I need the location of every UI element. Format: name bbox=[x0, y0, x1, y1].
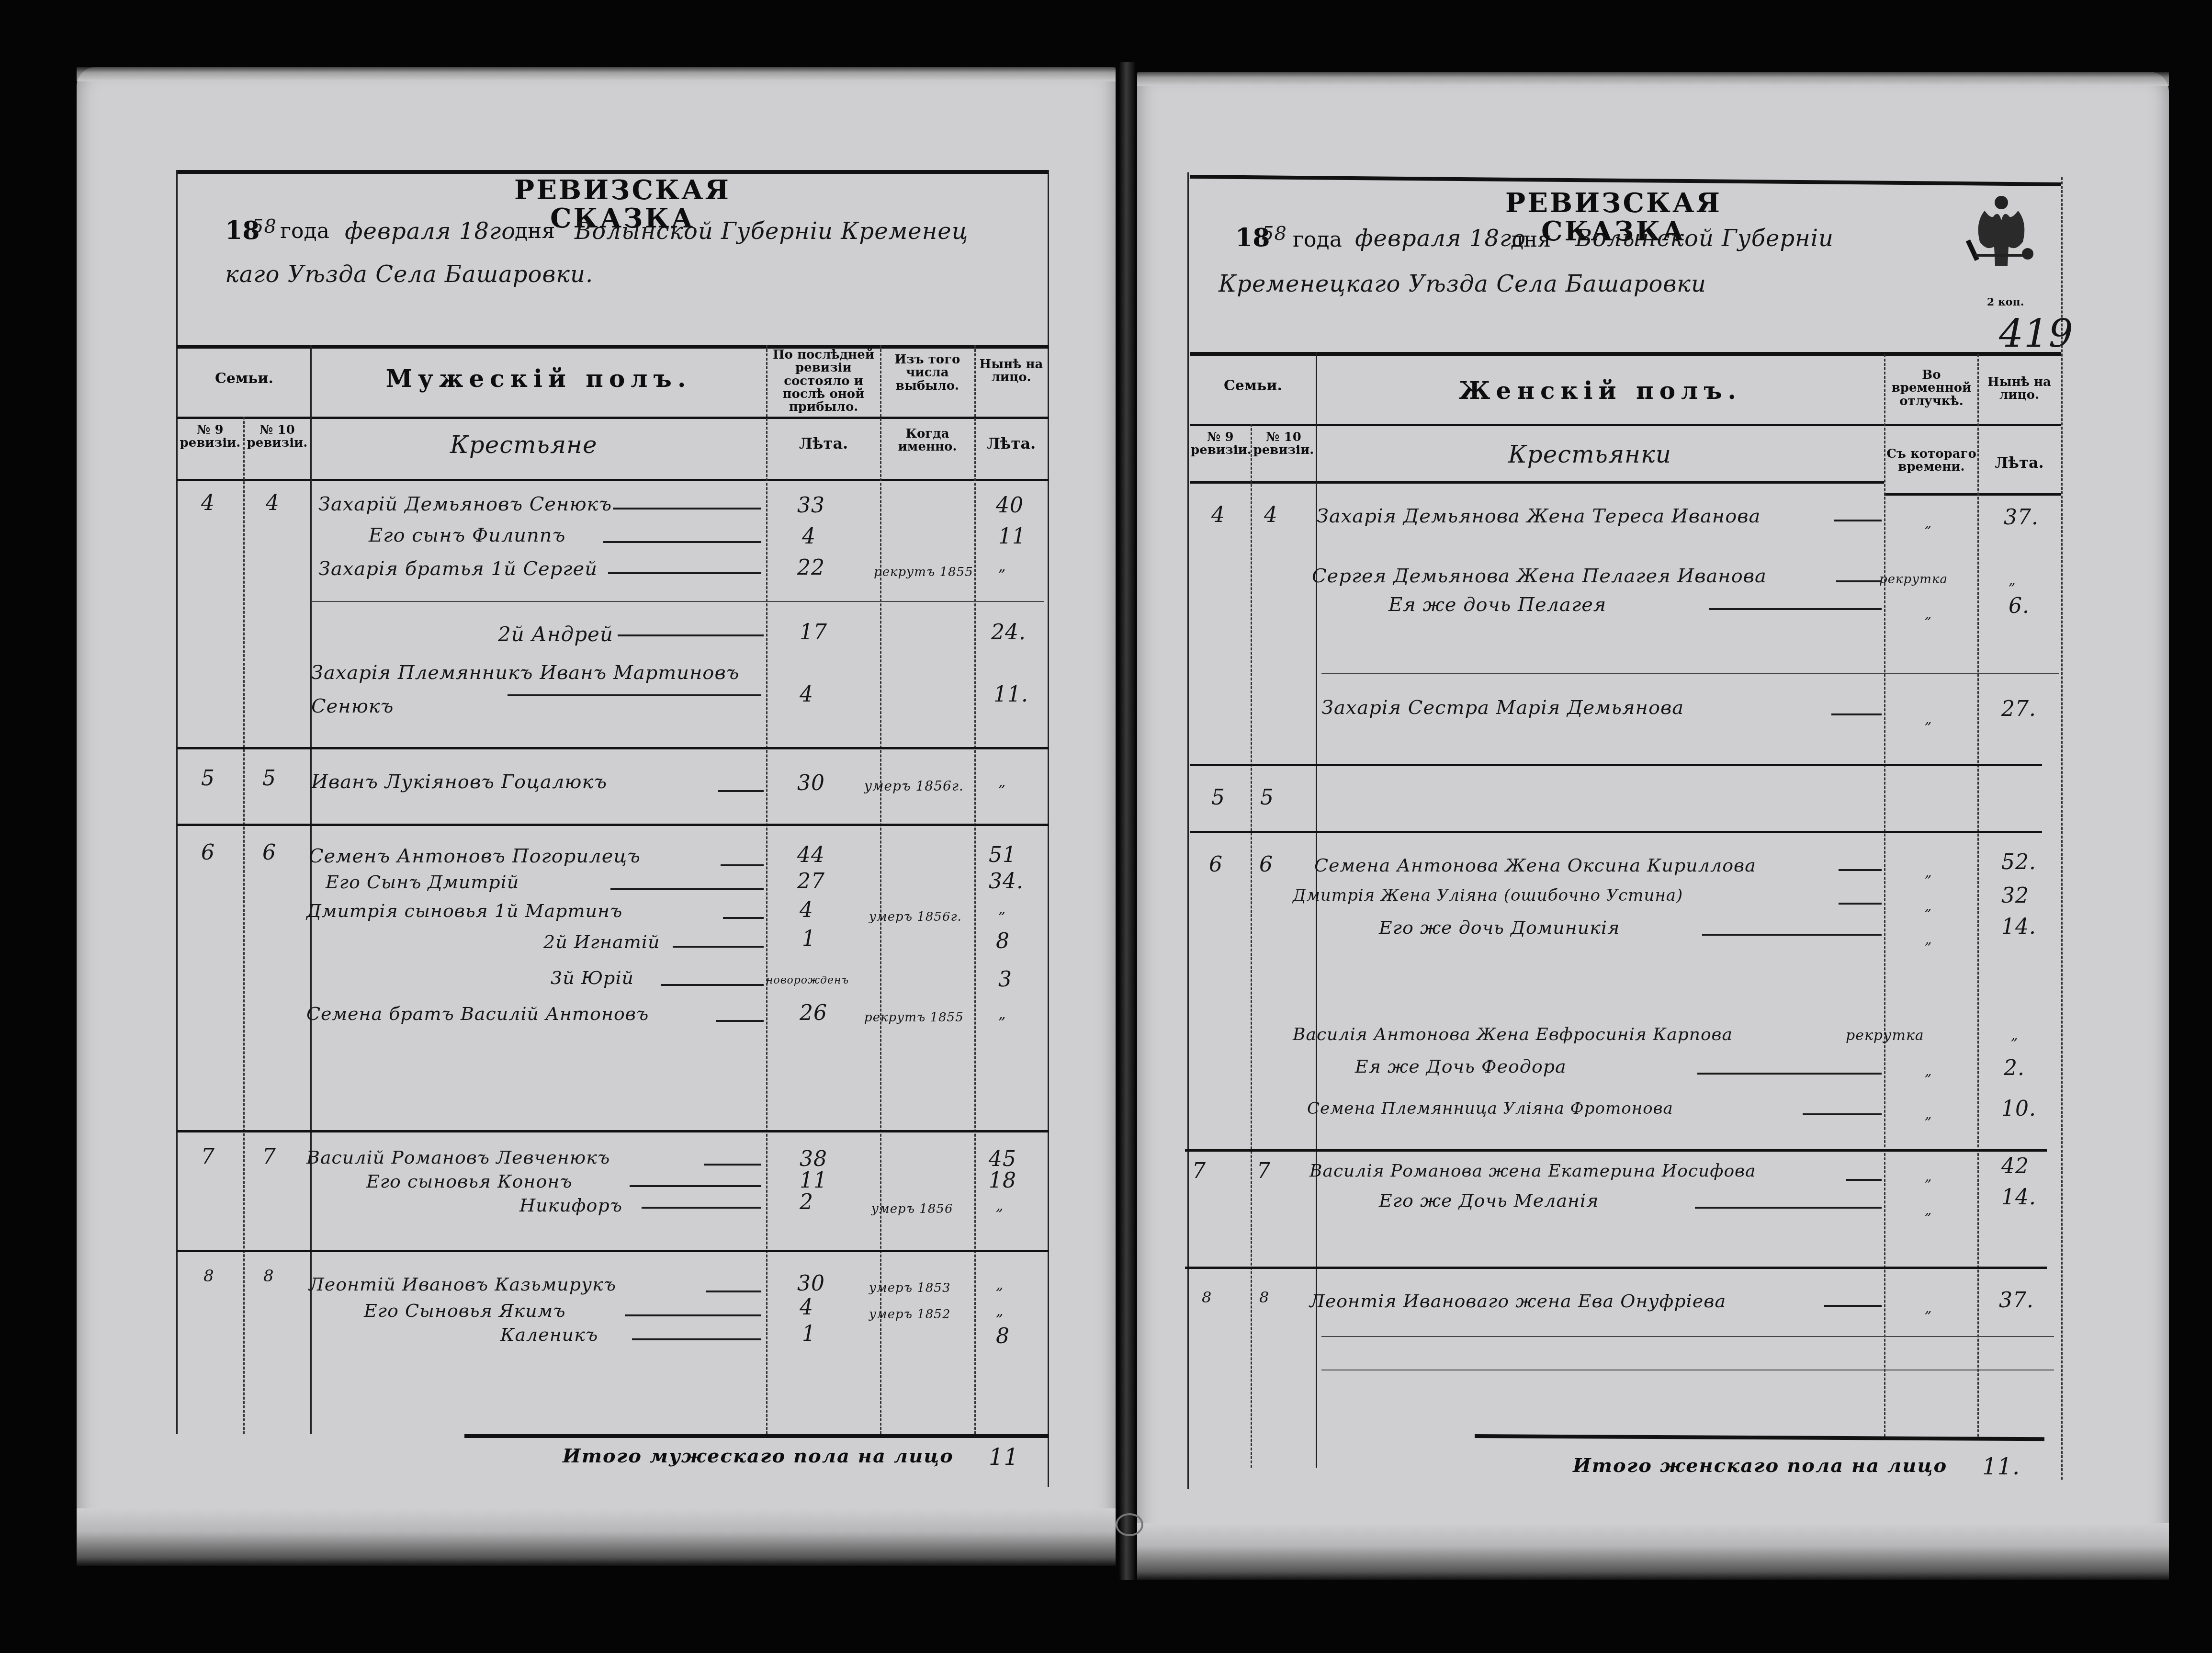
departed-note: умеръ 1856 bbox=[871, 1202, 953, 1216]
fill-line bbox=[1831, 713, 1882, 715]
age-last: 33 bbox=[797, 493, 825, 518]
age-now: 8 bbox=[996, 1324, 1010, 1348]
departed-note: умеръ 1856г. bbox=[864, 778, 964, 794]
total-rule bbox=[464, 1434, 1049, 1438]
rev10-number: 7 bbox=[262, 1144, 276, 1169]
col-gender: Женскій полъ. bbox=[1317, 378, 1884, 404]
person-name: Его Сыновья Якимъ bbox=[364, 1300, 566, 1321]
table-left-border bbox=[1187, 172, 1189, 1489]
departed-note: рекрутъ 1855 bbox=[874, 565, 973, 579]
fill-line bbox=[1695, 1207, 1882, 1209]
total-value: 11 bbox=[989, 1444, 1019, 1471]
absence-note: „ bbox=[1925, 711, 1932, 727]
subheader-rule bbox=[177, 417, 1049, 419]
age-now: 18 bbox=[989, 1168, 1016, 1193]
absence-note: „ bbox=[1925, 931, 1932, 947]
absence-note: „ bbox=[1925, 606, 1932, 622]
person-name: Иванъ Лукiяновъ Гоцалюкъ bbox=[311, 771, 607, 793]
person-name: Каленикъ bbox=[500, 1324, 598, 1345]
person-name: Никифоръ bbox=[519, 1195, 622, 1216]
rev9-number: 7 bbox=[201, 1144, 215, 1169]
rev10-number: 6 bbox=[1259, 852, 1273, 877]
person-name: Его сынъ Филиппъ bbox=[369, 524, 565, 546]
age-last: 2 bbox=[800, 1190, 813, 1214]
col-gender: Мужескій полъ. bbox=[311, 366, 766, 392]
col-present: Нынѣ на лицо. bbox=[976, 358, 1047, 385]
family-separator bbox=[177, 824, 1049, 826]
person-name: Захарiя братья 1й Сергей bbox=[318, 558, 598, 580]
year-word: года bbox=[1293, 229, 1342, 251]
fill-line bbox=[1702, 934, 1882, 936]
age-now: „ bbox=[998, 900, 1006, 917]
rev9-number: 5 bbox=[201, 766, 215, 791]
fill-line bbox=[642, 1207, 761, 1209]
year-hand: 58 bbox=[251, 215, 277, 238]
col-divider bbox=[880, 345, 881, 1434]
col-estate: Крестьяне bbox=[450, 431, 598, 459]
person-name: Его Сынъ Дмитрiй bbox=[326, 872, 519, 893]
fill-line bbox=[1846, 1179, 1882, 1181]
age-last: 1 bbox=[802, 1322, 816, 1346]
total-label: Итого женскаго пола на лицо bbox=[1573, 1456, 1947, 1476]
age-now: 11. bbox=[993, 682, 1028, 707]
person-name: Захарiя Племянникъ Иванъ Мартиновъ Сенюк… bbox=[311, 656, 761, 723]
day-word: дня bbox=[1511, 229, 1551, 251]
col-divider bbox=[243, 417, 245, 1434]
person-name: 2й Андрей bbox=[498, 623, 613, 646]
stamp-value: 2 коп. bbox=[1987, 297, 2024, 308]
heading-line-2: каго Уѣзда Села Башаровки. bbox=[225, 261, 593, 288]
col-divider bbox=[310, 345, 312, 1434]
fill-line bbox=[1709, 608, 1882, 610]
row-guide bbox=[311, 601, 1044, 602]
person-name: Василiя Антонова Жена Евфросинiя Карпова bbox=[1293, 1025, 1733, 1044]
age-last: 4 bbox=[802, 524, 816, 549]
age-now: 34. bbox=[989, 869, 1024, 894]
age-now: „ bbox=[998, 558, 1006, 575]
age-now: „ bbox=[996, 1302, 1004, 1319]
page-edge bbox=[1137, 72, 2169, 86]
absence-note: рекрутка bbox=[1846, 1027, 1924, 1044]
age-last: 1 bbox=[802, 927, 816, 951]
fill-line bbox=[706, 1291, 761, 1292]
rev9-number: 4 bbox=[201, 491, 215, 515]
fill-line bbox=[608, 572, 761, 574]
rev9-number: 6 bbox=[1209, 852, 1223, 877]
day-word: дня bbox=[515, 220, 555, 242]
person-name: Захарiй Демьяновъ Сенюкъ bbox=[318, 493, 612, 515]
age-now: „ bbox=[998, 773, 1006, 790]
rev10-number: 5 bbox=[262, 766, 276, 791]
age-now: 32 bbox=[2001, 883, 2029, 908]
col-departed: Изъ того числа выбыло. bbox=[882, 353, 973, 393]
fill-line bbox=[632, 1338, 761, 1340]
age-now: 8 bbox=[996, 929, 1010, 953]
col-families: Семьи. bbox=[1191, 378, 1315, 394]
heading-line-2: Кременецкаго Уѣзда Села Башаровки bbox=[1219, 271, 1706, 297]
absence-note: „ bbox=[1925, 864, 1932, 880]
header-rule bbox=[1190, 352, 2061, 356]
person-name: Семена Антонова Жена Оксина Кириллова bbox=[1314, 855, 1756, 876]
col-rev9: № 9 ревизіи. bbox=[178, 424, 242, 450]
fill-line bbox=[721, 864, 764, 866]
age-last: 30 bbox=[797, 1271, 825, 1296]
row-guide bbox=[1321, 673, 2059, 674]
fill-line bbox=[1836, 580, 1882, 582]
rev9-number: 8 bbox=[203, 1267, 214, 1286]
binding-thread bbox=[1116, 1513, 1143, 1536]
col-divider bbox=[1977, 354, 1979, 1437]
fill-line bbox=[718, 790, 764, 792]
page-edge bbox=[1137, 1523, 2169, 1580]
table-top-rule bbox=[177, 170, 1049, 174]
col-last-revision: По послѣдней ревизіи состояло и послѣ он… bbox=[768, 349, 879, 414]
year-hand: 58 bbox=[1262, 223, 1287, 245]
age-now: 2. bbox=[2004, 1056, 2025, 1080]
body-top-rule bbox=[177, 479, 1049, 481]
col-absence: Во временной отлучкѣ. bbox=[1886, 369, 1976, 408]
month-hand: февраля 18го bbox=[1355, 225, 1526, 252]
person-name: Его сыновья Кононъ bbox=[366, 1171, 573, 1192]
col-families: Семьи. bbox=[178, 371, 310, 386]
rev10-number: 4 bbox=[1264, 503, 1278, 527]
total-label: Итого мужескаго пола на лицо bbox=[563, 1446, 954, 1466]
fill-line bbox=[661, 984, 764, 986]
age-last: 27 bbox=[797, 869, 825, 894]
rev10-number: 5 bbox=[1260, 785, 1274, 810]
table-right-border bbox=[2061, 177, 2063, 1480]
person-name: 2й Игнатiй bbox=[543, 931, 660, 952]
absence-note: „ bbox=[1925, 515, 1932, 531]
age-now: 40 bbox=[996, 493, 1024, 518]
fill-line bbox=[630, 1185, 761, 1187]
age-now: „ bbox=[996, 1197, 1004, 1214]
col-estate: Крестьянки bbox=[1508, 441, 1671, 468]
col-present-years: Лѣта. bbox=[976, 436, 1047, 452]
age-now: 24. bbox=[991, 620, 1026, 645]
age-last: 30 bbox=[797, 771, 825, 795]
rev9-number: 6 bbox=[201, 840, 215, 865]
table-right-border bbox=[1048, 170, 1049, 1487]
year-word: года bbox=[280, 220, 329, 242]
col-divider bbox=[1251, 424, 1252, 1468]
page-edge bbox=[77, 1508, 1116, 1566]
person-name: Ея же Дочь Феодора bbox=[1355, 1056, 1567, 1077]
person-name: Ея же дочь Пелагея bbox=[1388, 594, 1606, 616]
age-now: „ bbox=[998, 1006, 1006, 1022]
col-absence-since: Съ котораго времени. bbox=[1886, 448, 1976, 474]
body-top-rule bbox=[1884, 493, 2061, 496]
fill-line bbox=[618, 634, 764, 636]
col-last-revision-years: Лѣта. bbox=[768, 436, 879, 452]
fill-line bbox=[1824, 1305, 1882, 1307]
col-present: Нынѣ на лицо. bbox=[1980, 376, 2059, 402]
person-name: Василiй Романовъ Левченюкъ bbox=[306, 1147, 610, 1168]
age-now: 3 bbox=[998, 967, 1012, 992]
age-last: 4 bbox=[800, 1295, 813, 1320]
age-last: 17 bbox=[800, 620, 827, 645]
absence-note: „ bbox=[1925, 898, 1932, 914]
age-last: 11 bbox=[800, 1168, 827, 1193]
person-name: Его же дочь Доминикiя bbox=[1379, 917, 1620, 938]
age-now: 45 bbox=[989, 1147, 1016, 1171]
double-headed-eagle-stamp-icon bbox=[1965, 194, 2037, 280]
fill-line bbox=[673, 946, 764, 948]
person-name: Семена братъ Василiй Антоновъ bbox=[306, 1003, 649, 1024]
person-name: Семенъ Антоновъ Погорилецъ bbox=[309, 845, 641, 867]
absence-note: „ bbox=[1925, 1202, 1932, 1218]
fill-line bbox=[1839, 869, 1882, 871]
family-separator bbox=[177, 1130, 1049, 1132]
person-name: Дмитрiя Жена Улiяна (ошибочно Устина) bbox=[1293, 886, 1683, 905]
age-now: 37. bbox=[1999, 1288, 2034, 1313]
place-hand: Волынской Губернiи bbox=[1575, 225, 1834, 252]
fill-line bbox=[704, 1164, 761, 1166]
age-now: „ bbox=[996, 1276, 1004, 1293]
rev10-number: 8 bbox=[1259, 1288, 1269, 1306]
age-last: 26 bbox=[800, 1001, 827, 1025]
table-left-border bbox=[176, 170, 178, 1434]
age-now: „ bbox=[2011, 1027, 2019, 1043]
family-separator bbox=[177, 1250, 1049, 1252]
age-now: 6. bbox=[2009, 594, 2030, 618]
departed-note: умеръ 1853 bbox=[869, 1281, 950, 1295]
header-rule bbox=[177, 345, 1049, 349]
age-now: 10. bbox=[2001, 1097, 2036, 1121]
departed-note: рекрутъ 1855 bbox=[864, 1010, 964, 1025]
fill-line bbox=[1834, 520, 1882, 521]
absence-note: рекрутка bbox=[1879, 572, 1948, 587]
rev10-number: 7 bbox=[1257, 1159, 1271, 1183]
family-separator bbox=[177, 747, 1049, 749]
book-spine bbox=[1119, 62, 1135, 1580]
fill-line bbox=[508, 694, 761, 696]
col-rev10: № 10 ревизіи. bbox=[245, 424, 309, 450]
rev10-number: 8 bbox=[263, 1267, 274, 1286]
person-name: Василiя Романова жена Екатерина Иосифова bbox=[1309, 1161, 1756, 1181]
age-last: 38 bbox=[800, 1147, 827, 1171]
col-rev9: № 9 ревизіи. bbox=[1191, 431, 1250, 457]
col-divider bbox=[766, 345, 767, 1434]
person-name: Семена Племянница Улiяна Фротонова bbox=[1307, 1099, 1673, 1118]
age-last: 22 bbox=[797, 555, 825, 580]
person-name: Дмитрiя сыновья 1й Мартинъ bbox=[306, 900, 622, 921]
fill-line bbox=[723, 917, 764, 919]
row-guide bbox=[1321, 1336, 2054, 1337]
family-separator bbox=[1190, 831, 2042, 833]
absence-note: „ bbox=[1925, 1063, 1932, 1079]
rev10-number: 4 bbox=[266, 491, 280, 515]
age-last: 4 bbox=[800, 898, 813, 922]
page-edge bbox=[77, 67, 1116, 81]
fill-line bbox=[625, 1314, 761, 1316]
person-name: Леонтiя Ивановаго жена Ева Онуфрiева bbox=[1309, 1291, 1726, 1312]
age-last: 44 bbox=[797, 843, 825, 867]
family-separator bbox=[1190, 764, 2042, 766]
age-now: 37. bbox=[2004, 505, 2039, 530]
body-top-rule bbox=[1190, 481, 1884, 484]
absence-note: „ bbox=[1925, 1300, 1932, 1316]
fill-line bbox=[1803, 1113, 1882, 1115]
folio-number: 419 bbox=[1999, 311, 2074, 356]
rev10-number: 6 bbox=[262, 840, 276, 865]
age-now: 14. bbox=[2001, 915, 2036, 939]
fill-line bbox=[603, 541, 761, 543]
subheader-rule bbox=[1190, 424, 2061, 426]
person-name: Сергея Демьянова Жена Пелагея Иванова bbox=[1312, 565, 1767, 587]
person-name: 3й Юрiй bbox=[551, 967, 634, 988]
age-now: 14. bbox=[2001, 1185, 2036, 1210]
person-name: Захарiя Сестра Марiя Демьянова bbox=[1321, 697, 1684, 719]
rev9-number: 5 bbox=[1211, 785, 1225, 810]
family-separator bbox=[1185, 1267, 2047, 1269]
departed-note: умеръ 1856г. bbox=[869, 910, 962, 924]
rev9-number: 4 bbox=[1211, 503, 1225, 527]
col-divider bbox=[1884, 354, 1885, 1437]
fill-line bbox=[610, 888, 764, 890]
absence-note: „ bbox=[1925, 1106, 1932, 1122]
fill-line bbox=[613, 508, 761, 509]
absence-note: „ bbox=[1925, 1168, 1932, 1184]
row-guide bbox=[1321, 1370, 2054, 1370]
col-present-years: Лѣта. bbox=[1980, 455, 2059, 471]
age-last: 4 bbox=[800, 682, 813, 707]
month-hand: февраля 18го bbox=[345, 218, 516, 245]
fill-line bbox=[1839, 903, 1882, 905]
age-now: 42 bbox=[2001, 1154, 2029, 1178]
age-now: 51 bbox=[989, 843, 1016, 867]
age-now: 52. bbox=[2001, 850, 2036, 874]
fill-line bbox=[716, 1020, 764, 1022]
family-separator bbox=[1185, 1149, 2047, 1152]
person-name: Захарiя Демьянова Жена Тереса Иванова bbox=[1317, 505, 1761, 527]
age-now: 11 bbox=[998, 524, 1026, 549]
age-last-note: новорожденъ bbox=[766, 974, 849, 986]
person-name: Его же Дочь Меланiя bbox=[1379, 1190, 1599, 1211]
col-departed-when: Когда именно. bbox=[882, 428, 973, 454]
total-value: 11. bbox=[1982, 1453, 2020, 1480]
col-rev10: № 10 ревизіи. bbox=[1253, 431, 1315, 457]
age-now: „ bbox=[2009, 572, 2016, 588]
rev9-number: 7 bbox=[1192, 1159, 1206, 1183]
col-divider bbox=[974, 345, 976, 1434]
rev9-number: 8 bbox=[1202, 1288, 1212, 1306]
place-hand: Волынской Губернiи Кременец bbox=[575, 218, 968, 245]
age-now: 27. bbox=[2001, 697, 2036, 721]
fill-line bbox=[1697, 1073, 1882, 1075]
departed-note: умеръ 1852 bbox=[869, 1307, 950, 1322]
person-name: Леонтiй Ивановъ Казьмирукъ bbox=[309, 1274, 616, 1295]
